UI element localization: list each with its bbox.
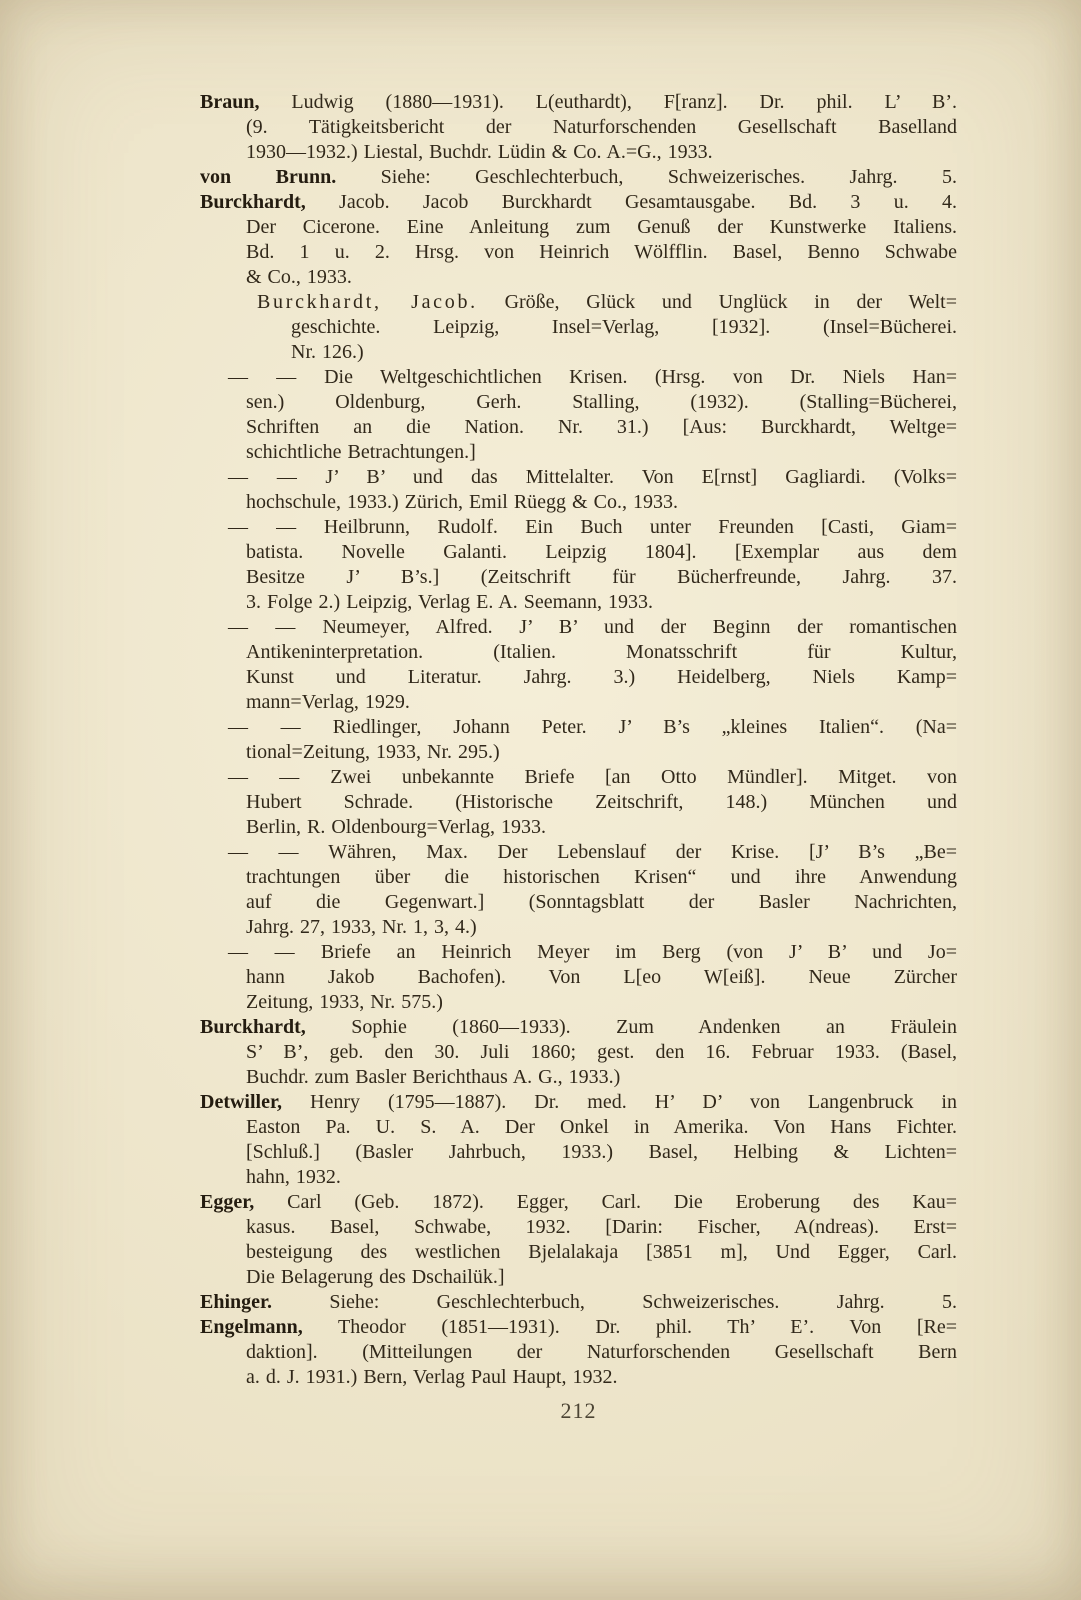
same-author-dashes: — — [228, 766, 300, 788]
entry-author-name: Engelmann, [200, 1316, 303, 1338]
entry-author-name: Braun, [200, 91, 259, 113]
bibliography-entry-zwei-unbekannte-briefe: — — Zwei unbekannte Briefe [an Otto Münd… [200, 765, 957, 840]
bibliography-entry-burckhardt-jacob-groesse: Burckhardt, Jacob. Größe, Glück und Ungl… [200, 290, 957, 365]
entry-line: Hubert Schrade. (Historische Zeitschrift… [200, 790, 957, 815]
entry-line: Egger, Carl (Geb. 1872). Egger, Carl. Di… [200, 1190, 957, 1215]
entry-line: mann=Verlag, 1929. [200, 690, 957, 715]
scanned-book-page: Braun, Ludwig (1880—1931). L(euthardt), … [0, 0, 1081, 1600]
entry-line: Zeitung, 1933, Nr. 575.) [200, 990, 957, 1015]
entry-author-name: Ehinger. [200, 1291, 272, 1313]
entry-line: geschichte. Leipzig, Insel=Verlag, [1932… [200, 315, 957, 340]
bibliography-entry-weltgeschichtliche-krisen: — — Die Weltgeschichtlichen Krisen. (Hrs… [200, 365, 957, 465]
entry-line: S’ B’, geb. den 30. Juli 1860; gest. den… [200, 1040, 957, 1065]
entry-line: Buchdr. zum Basler Berichthaus A. G., 19… [200, 1065, 957, 1090]
entry-line: kasus. Basel, Schwabe, 1932. [Darin: Fis… [200, 1215, 957, 1240]
bibliography-entry-heilbrunn: — — Heilbrunn, Rudolf. Ein Buch unter Fr… [200, 515, 957, 615]
entry-author-name: Egger, [200, 1191, 254, 1213]
bibliography-entry-burckhardt-sophie: Burckhardt, Sophie (1860—1933). Zum Ande… [200, 1015, 957, 1090]
entry-author-name: von Brunn. [200, 166, 336, 188]
entry-line: Ehinger. Siehe: Geschlechterbuch, Schwei… [200, 1290, 957, 1315]
entry-line: Antikeninterpretation. (Italien. Monatss… [200, 640, 957, 665]
entry-line: Die Belagerung des Dschailük.] [200, 1265, 957, 1290]
entry-line: Berlin, R. Oldenbourg=Verlag, 1933. [200, 815, 957, 840]
entry-line: Nr. 126.) [200, 340, 957, 365]
bibliography-entry-detwiller: Detwiller, Henry (1795—1887). Dr. med. H… [200, 1090, 957, 1190]
entry-line: Burckhardt, Sophie (1860—1933). Zum Ande… [200, 1015, 957, 1040]
entry-line: Schriften an die Nation. Nr. 31.) [Aus: … [200, 415, 957, 440]
same-author-dashes: — — [228, 841, 299, 863]
entry-line: besteigung des westlichen Bjelalakaja [3… [200, 1240, 957, 1265]
entry-line: schichtliche Betrachtungen.] [200, 440, 957, 465]
entry-line: — — Die Weltgeschichtlichen Krisen. (Hrs… [200, 365, 957, 390]
entry-author-name: Detwiller, [200, 1091, 282, 1113]
entry-line: Kunst und Literatur. Jahrg. 3.) Heidelbe… [200, 665, 957, 690]
bibliography-entry-ehinger: Ehinger. Siehe: Geschlechterbuch, Schwei… [200, 1290, 957, 1315]
entry-line: — — Neumeyer, Alfred. J’ B’ und der Begi… [200, 615, 957, 640]
entry-line: Braun, Ludwig (1880—1931). L(euthardt), … [200, 90, 957, 115]
entry-line: Detwiller, Henry (1795—1887). Dr. med. H… [200, 1090, 957, 1115]
entry-line: trachtungen über die historischen Krisen… [200, 865, 957, 890]
entry-line: a. d. J. 1931.) Bern, Verlag Paul Haupt,… [200, 1365, 957, 1390]
entry-line: — — Zwei unbekannte Briefe [an Otto Münd… [200, 765, 957, 790]
entry-line: — — J’ B’ und das Mittelalter. Von E[rns… [200, 465, 957, 490]
bibliography-entry-von-brunn: von Brunn. Siehe: Geschlechterbuch, Schw… [200, 165, 957, 190]
entry-line: Burckhardt, Jacob. Größe, Glück und Ungl… [200, 290, 957, 315]
same-author-dashes: — — [228, 616, 296, 638]
entry-line: Bd. 1 u. 2. Hrsg. von Heinrich Wölfflin.… [200, 240, 957, 265]
entry-line: sen.) Oldenburg, Gerh. Stalling, (1932).… [200, 390, 957, 415]
entry-line: Easton Pa. U. S. A. Der Onkel in Amerika… [200, 1115, 957, 1140]
entry-line: — — Briefe an Heinrich Meyer im Berg (vo… [200, 940, 957, 965]
entry-line: Besitze J’ B’s.] (Zeitschrift für Bücher… [200, 565, 957, 590]
entry-line: 1930—1932.) Liestal, Buchdr. Lüdin & Co.… [200, 140, 957, 165]
entry-line: — — Währen, Max. Der Lebenslauf der Kris… [200, 840, 957, 865]
entry-line: batista. Novelle Galanti. Leipzig 1804].… [200, 540, 957, 565]
same-author-dashes: — — [228, 716, 301, 738]
entry-line: Jahrg. 27, 1933, Nr. 1, 3, 4.) [200, 915, 957, 940]
entry-line: daktion]. (Mitteilungen der Naturforsche… [200, 1340, 957, 1365]
entry-line: Burckhardt, Jacob. Jacob Burckhardt Gesa… [200, 190, 957, 215]
entry-line: von Brunn. Siehe: Geschlechterbuch, Schw… [200, 165, 957, 190]
bibliography-entry-egger: Egger, Carl (Geb. 1872). Egger, Carl. Di… [200, 1190, 957, 1290]
entry-line: — — Heilbrunn, Rudolf. Ein Buch unter Fr… [200, 515, 957, 540]
bibliography-entry-engelmann: Engelmann, Theodor (1851—1931). Dr. phil… [200, 1315, 957, 1390]
same-author-dashes: — — [228, 366, 297, 388]
entry-line: [Schluß.] (Basler Jahrbuch, 1933.) Basel… [200, 1140, 957, 1165]
entry-line: (9. Tätigkeitsbericht der Naturforschend… [200, 115, 957, 140]
entry-author-name: Burckhardt, Jacob. [257, 291, 478, 313]
entry-line: hahn, 1932. [200, 1165, 957, 1190]
bibliography-entry-mittelalter: — — J’ B’ und das Mittelalter. Von E[rns… [200, 465, 957, 515]
entry-line: hann Jakob Bachofen). Von L[eo W[eiß]. N… [200, 965, 957, 990]
same-author-dashes: — — [228, 466, 297, 488]
entry-author-name: Burckhardt, [200, 191, 306, 213]
entry-line: 3. Folge 2.) Leipzig, Verlag E. A. Seema… [200, 590, 957, 615]
entry-line: Engelmann, Theodor (1851—1931). Dr. phil… [200, 1315, 957, 1340]
entry-line: & Co., 1933. [200, 265, 957, 290]
bibliography-entry-neumeyer: — — Neumeyer, Alfred. J’ B’ und der Begi… [200, 615, 957, 715]
entry-line: tional=Zeitung, 1933, Nr. 295.) [200, 740, 957, 765]
bibliography-entry-waehren: — — Währen, Max. Der Lebenslauf der Kris… [200, 840, 957, 940]
entry-line: Der Cicerone. Eine Anleitung zum Genuß d… [200, 215, 957, 240]
same-author-dashes: — — [228, 941, 295, 963]
same-author-dashes: — — [228, 516, 297, 538]
entry-line: — — Riedlinger, Johann Peter. J’ B’s „kl… [200, 715, 957, 740]
page-number: 212 [200, 1398, 957, 1424]
entry-author-name: Burckhardt, [200, 1016, 306, 1038]
bibliography-entry-braun-ludwig: Braun, Ludwig (1880—1931). L(euthardt), … [200, 90, 957, 165]
bibliography-entry-briefe-an-heinrich-meyer: — — Briefe an Heinrich Meyer im Berg (vo… [200, 940, 957, 1015]
bibliography-text-block: Braun, Ludwig (1880—1931). L(euthardt), … [200, 90, 957, 1390]
bibliography-entry-riedlinger: — — Riedlinger, Johann Peter. J’ B’s „kl… [200, 715, 957, 765]
entry-line: hochschule, 1933.) Zürich, Emil Rüegg & … [200, 490, 957, 515]
entry-line: auf die Gegenwart.] (Sonntagsblatt der B… [200, 890, 957, 915]
bibliography-entry-burckhardt-jacob-gesamtausgabe: Burckhardt, Jacob. Jacob Burckhardt Gesa… [200, 190, 957, 290]
